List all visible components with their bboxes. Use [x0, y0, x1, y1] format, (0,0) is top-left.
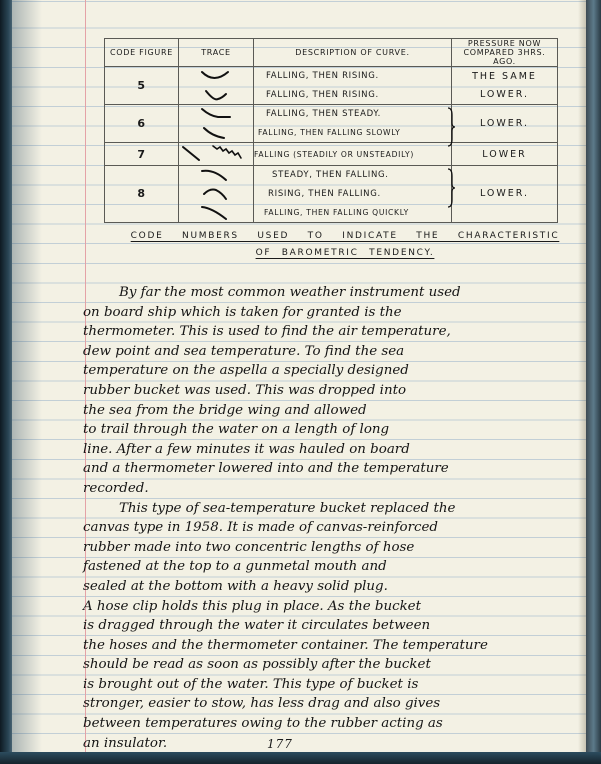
code-figure: 7	[105, 143, 179, 166]
text-line: an insulator.	[83, 734, 583, 754]
trace-cell	[179, 166, 254, 223]
description-text: FALLING, THEN RISING.	[254, 67, 451, 86]
header-trace: TRACE	[179, 39, 254, 67]
pressure-cell: LOWER.	[452, 166, 558, 223]
pressure-cell: THE SAME LOWER.	[452, 67, 558, 105]
header-code-figure: CODE FIGURE	[105, 39, 179, 67]
table-header-row: CODE FIGURE TRACE DESCRIPTION OF CURVE. …	[105, 39, 558, 67]
text-line: to trail through the water on a length o…	[83, 420, 583, 440]
text-line: By far the most common weather instrumen…	[83, 283, 583, 303]
text-line: between temperatures owing to the rubber…	[83, 714, 583, 734]
text-line: sealed at the bottom with a heavy solid …	[83, 577, 583, 597]
description-cell: STEADY, THEN FALLING. RISING, THEN FALLI…	[254, 166, 452, 223]
text-line: line. After a few minutes it was hauled …	[83, 440, 583, 460]
brace-icon	[447, 107, 455, 147]
pressure-text: LOWER.	[452, 118, 557, 129]
pressure-text: LOWER.	[452, 188, 557, 199]
table-caption-line-2: OF BAROMETRIC TENDENCY.	[110, 248, 580, 258]
description-text: FALLING (STEADILY OR UNSTEADILY)	[254, 143, 451, 165]
text-line: dew point and sea temperature. To find t…	[83, 342, 583, 362]
text-line: on board ship which is taken for granted…	[83, 303, 583, 323]
table-row: 5 FALLING, THEN RISING. FALLING, THEN RI…	[105, 67, 558, 105]
table-row: 6 FALLING, THEN STEADY. FALLING, THEN FA…	[105, 105, 558, 143]
description-text: RISING, THEN FALLING.	[254, 185, 451, 204]
text-line: should be read as soon as possibly after…	[83, 655, 583, 675]
text-line: the sea from the bridge wing and allowed	[83, 401, 583, 421]
table-row: 8 STEADY, THEN FALLING. RISING, THEN FAL…	[105, 166, 558, 223]
text-line: the hoses and the thermometer container.…	[83, 636, 583, 656]
pressure-text: LOWER	[452, 149, 557, 160]
code-figure: 8	[105, 166, 179, 223]
trace-cell	[179, 105, 254, 143]
description-cell: FALLING (STEADILY OR UNSTEADILY)	[254, 143, 452, 166]
steady-then-falling-icon	[196, 167, 236, 183]
brace-icon	[447, 168, 455, 208]
trace-cell	[179, 143, 254, 166]
description-text: FALLING, THEN RISING.	[254, 86, 451, 105]
text-line: is dragged through the water it circulat…	[83, 616, 583, 636]
header-description: DESCRIPTION OF CURVE.	[254, 39, 452, 67]
pressure-cell: LOWER.	[452, 105, 558, 143]
text-line: thermometer. This is used to find the ai…	[83, 322, 583, 342]
description-text: FALLING, THEN FALLING SLOWLY	[254, 124, 451, 143]
falling-steadily-and-unsteadily-icon	[179, 144, 253, 164]
barometric-tendency-table: CODE FIGURE TRACE DESCRIPTION OF CURVE. …	[104, 38, 558, 223]
description-text: STEADY, THEN FALLING.	[254, 166, 451, 185]
text-line: rubber made into two concentric lengths …	[83, 538, 583, 558]
text-line: canvas type in 1958. It is made of canva…	[83, 518, 583, 538]
pressure-cell: LOWER	[452, 143, 558, 166]
text-line: rubber bucket was used. This was dropped…	[83, 381, 583, 401]
text-line: recorded.	[83, 479, 583, 499]
pressure-text: THE SAME	[452, 67, 557, 86]
falling-then-steady-icon	[196, 106, 236, 122]
description-text: FALLING, THEN STEADY.	[254, 105, 451, 124]
description-cell: FALLING, THEN STEADY. FALLING, THEN FALL…	[254, 105, 452, 143]
text-line: is brought out of the water. This type o…	[83, 675, 583, 695]
falling-then-rising-u-icon	[196, 68, 236, 84]
rising-then-falling-icon	[196, 186, 236, 202]
page-number: 177	[267, 737, 293, 751]
trace-cell	[179, 67, 254, 105]
description-cell: FALLING, THEN RISING. FALLING, THEN RISI…	[254, 67, 452, 105]
bottom-edge	[0, 752, 601, 764]
falling-then-falling-slowly-icon	[196, 125, 236, 141]
handwritten-body: By far the most common weather instrumen…	[83, 283, 583, 753]
text-line: stronger, easier to stow, has less drag …	[83, 694, 583, 714]
text-line: This type of sea-temperature bucket repl…	[83, 499, 583, 519]
falling-then-falling-quickly-icon	[196, 204, 236, 220]
code-figure: 6	[105, 105, 179, 143]
code-figure: 5	[105, 67, 179, 105]
description-text: FALLING, THEN FALLING QUICKLY	[254, 203, 451, 222]
pressure-text: LOWER.	[452, 86, 557, 105]
header-pressure: PRESSURE NOW COMPARED 3HRS. AGO.	[452, 39, 558, 67]
text-line: fastened at the top to a gunmetal mouth …	[83, 557, 583, 577]
text-line: temperature on the aspella a specially d…	[83, 361, 583, 381]
text-line: A hose clip holds this plug in place. As…	[83, 597, 583, 617]
table-caption-line-1: CODE NUMBERS USED TO INDICATE THE CHARAC…	[110, 231, 580, 241]
table-row: 7 FALLING (STEADILY OR UNSTEADILY) LOWER	[105, 143, 558, 166]
falling-then-rising-tick-icon	[196, 87, 236, 103]
text-line: and a thermometer lowered into and the t…	[83, 459, 583, 479]
page-stack-edge	[586, 0, 601, 764]
